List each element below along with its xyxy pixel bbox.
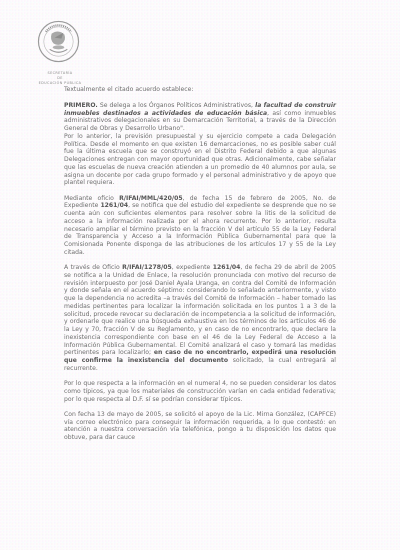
expediente-reference: 1261/04 [213,264,241,271]
text: Por lo anterior, la previsión presupuest… [64,133,336,187]
paragraph-con-fecha: Con fecha 13 de mayo de 2005, se solicit… [64,411,336,442]
text: A través de Oficio [64,264,122,271]
agency-name-line-3: EDUCACIÓN PÚBLICA [25,81,95,86]
agency-name-line-2: DE [25,76,95,81]
document-body: Textualmente el citado acuerdo establece… [64,86,336,449]
text: Mediante oficio [64,195,119,202]
expediente-reference: 1261/04 [100,202,128,209]
text: , de fecha 29 de abril de 2005 se notifi… [64,264,336,356]
paragraph-primero: PRIMERO. Se delega a los Órganos Polític… [64,102,336,187]
coat-of-arms-seal-icon [37,20,80,63]
paragraph-a-traves-de-oficio: A través de Oficio R/IFAI/1278/05, exped… [64,264,336,373]
text: , se notifica que del estudio del expedi… [64,202,336,256]
agency-name-line-1: SECRETARÍA [25,71,95,76]
oficio-reference: R/IFAI/1278/05 [122,264,172,271]
paragraph-mediante-oficio: Mediante oficio R/IFAI/MML/420/05, de fe… [64,195,336,257]
intro-line: Textualmente el citado acuerdo establece… [64,86,336,94]
text: Se delega a los Órganos Políticos Admini… [98,102,255,109]
oficio-reference: R/IFAI/MML/420/05 [119,195,183,202]
paragraph-numeral-4: Por lo que respecta a la información en … [64,380,336,403]
text: , expediente [172,264,213,271]
primero-label: PRIMERO. [64,102,98,109]
